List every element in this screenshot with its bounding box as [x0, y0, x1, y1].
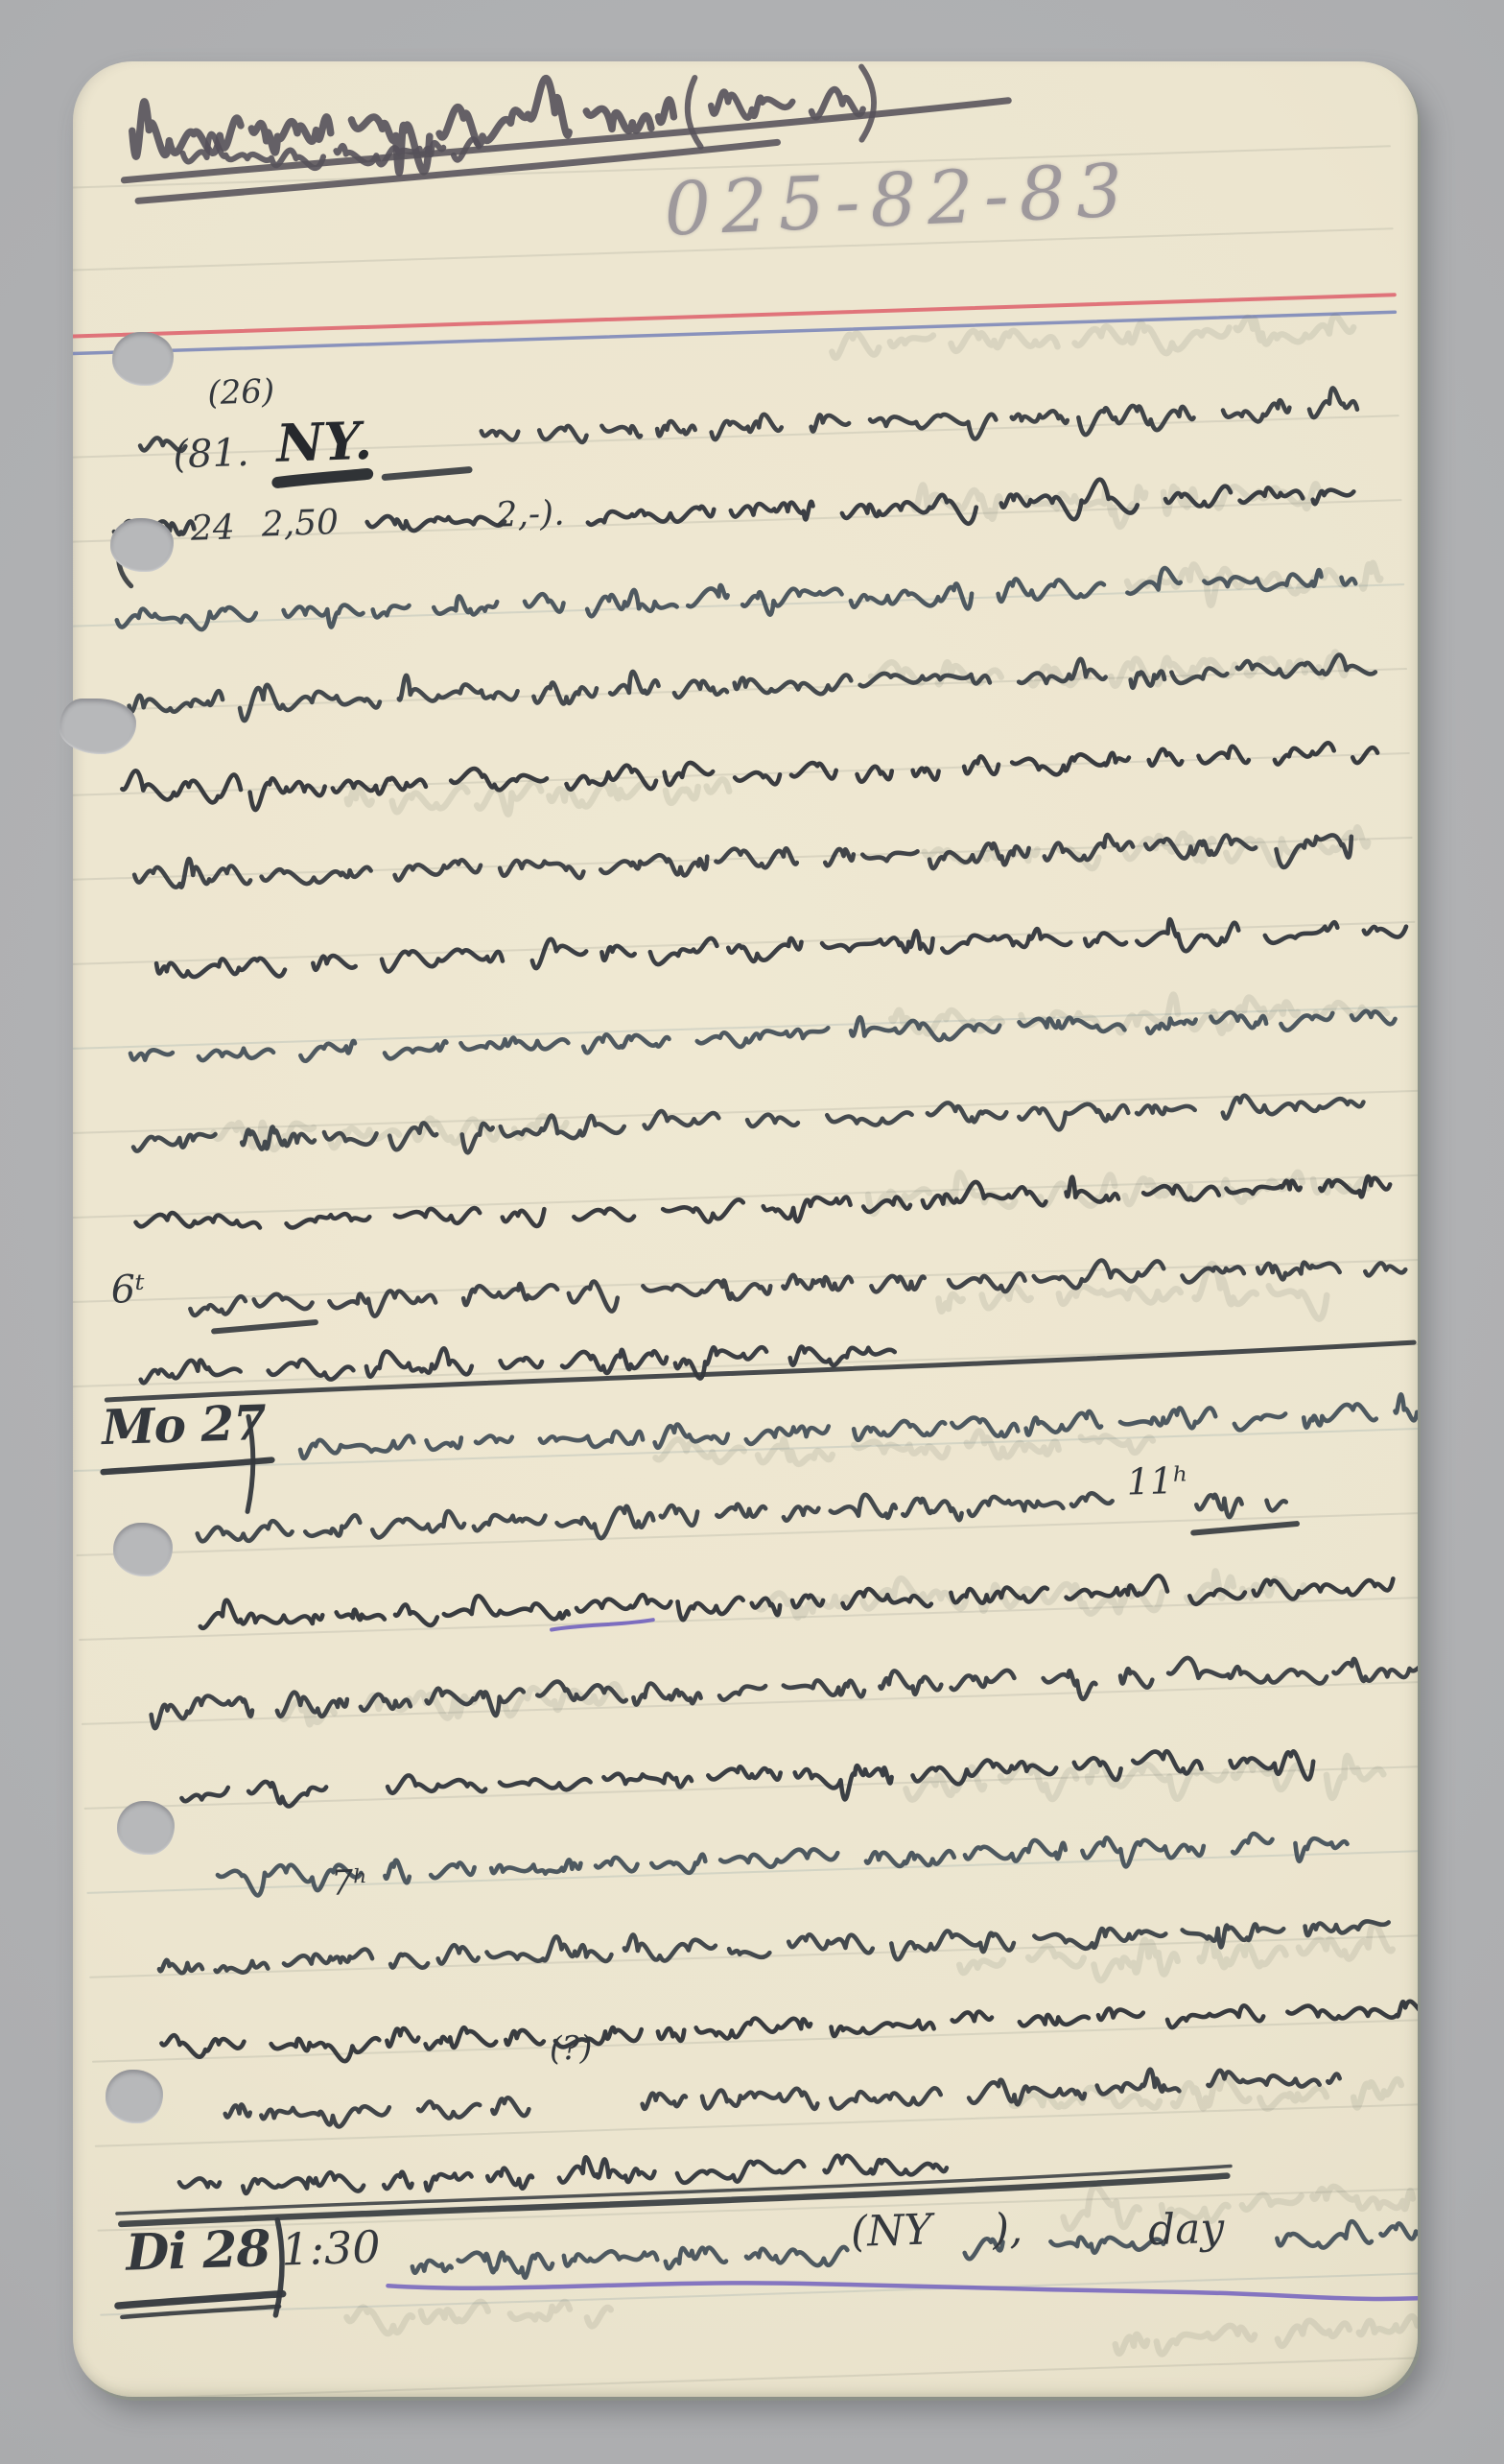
header-scribble [121, 62, 1010, 201]
punch-hole [113, 1523, 173, 1576]
punch-hole [117, 1801, 175, 1855]
punch-hole [112, 332, 174, 386]
handwriting-layer [73, 61, 1418, 2397]
margin-rules [73, 295, 1395, 354]
notebook-page: 025-82-83 (26) (81. NY. 24 2,50 2,-). 6ᵗ… [73, 61, 1418, 2397]
scan-background: 025-82-83 (26) (81. NY. 24 2,50 2,-). 6ᵗ… [0, 0, 1504, 2464]
punch-hole [110, 518, 174, 572]
punch-hole [106, 2070, 163, 2123]
punch-hole-torn [59, 699, 136, 754]
